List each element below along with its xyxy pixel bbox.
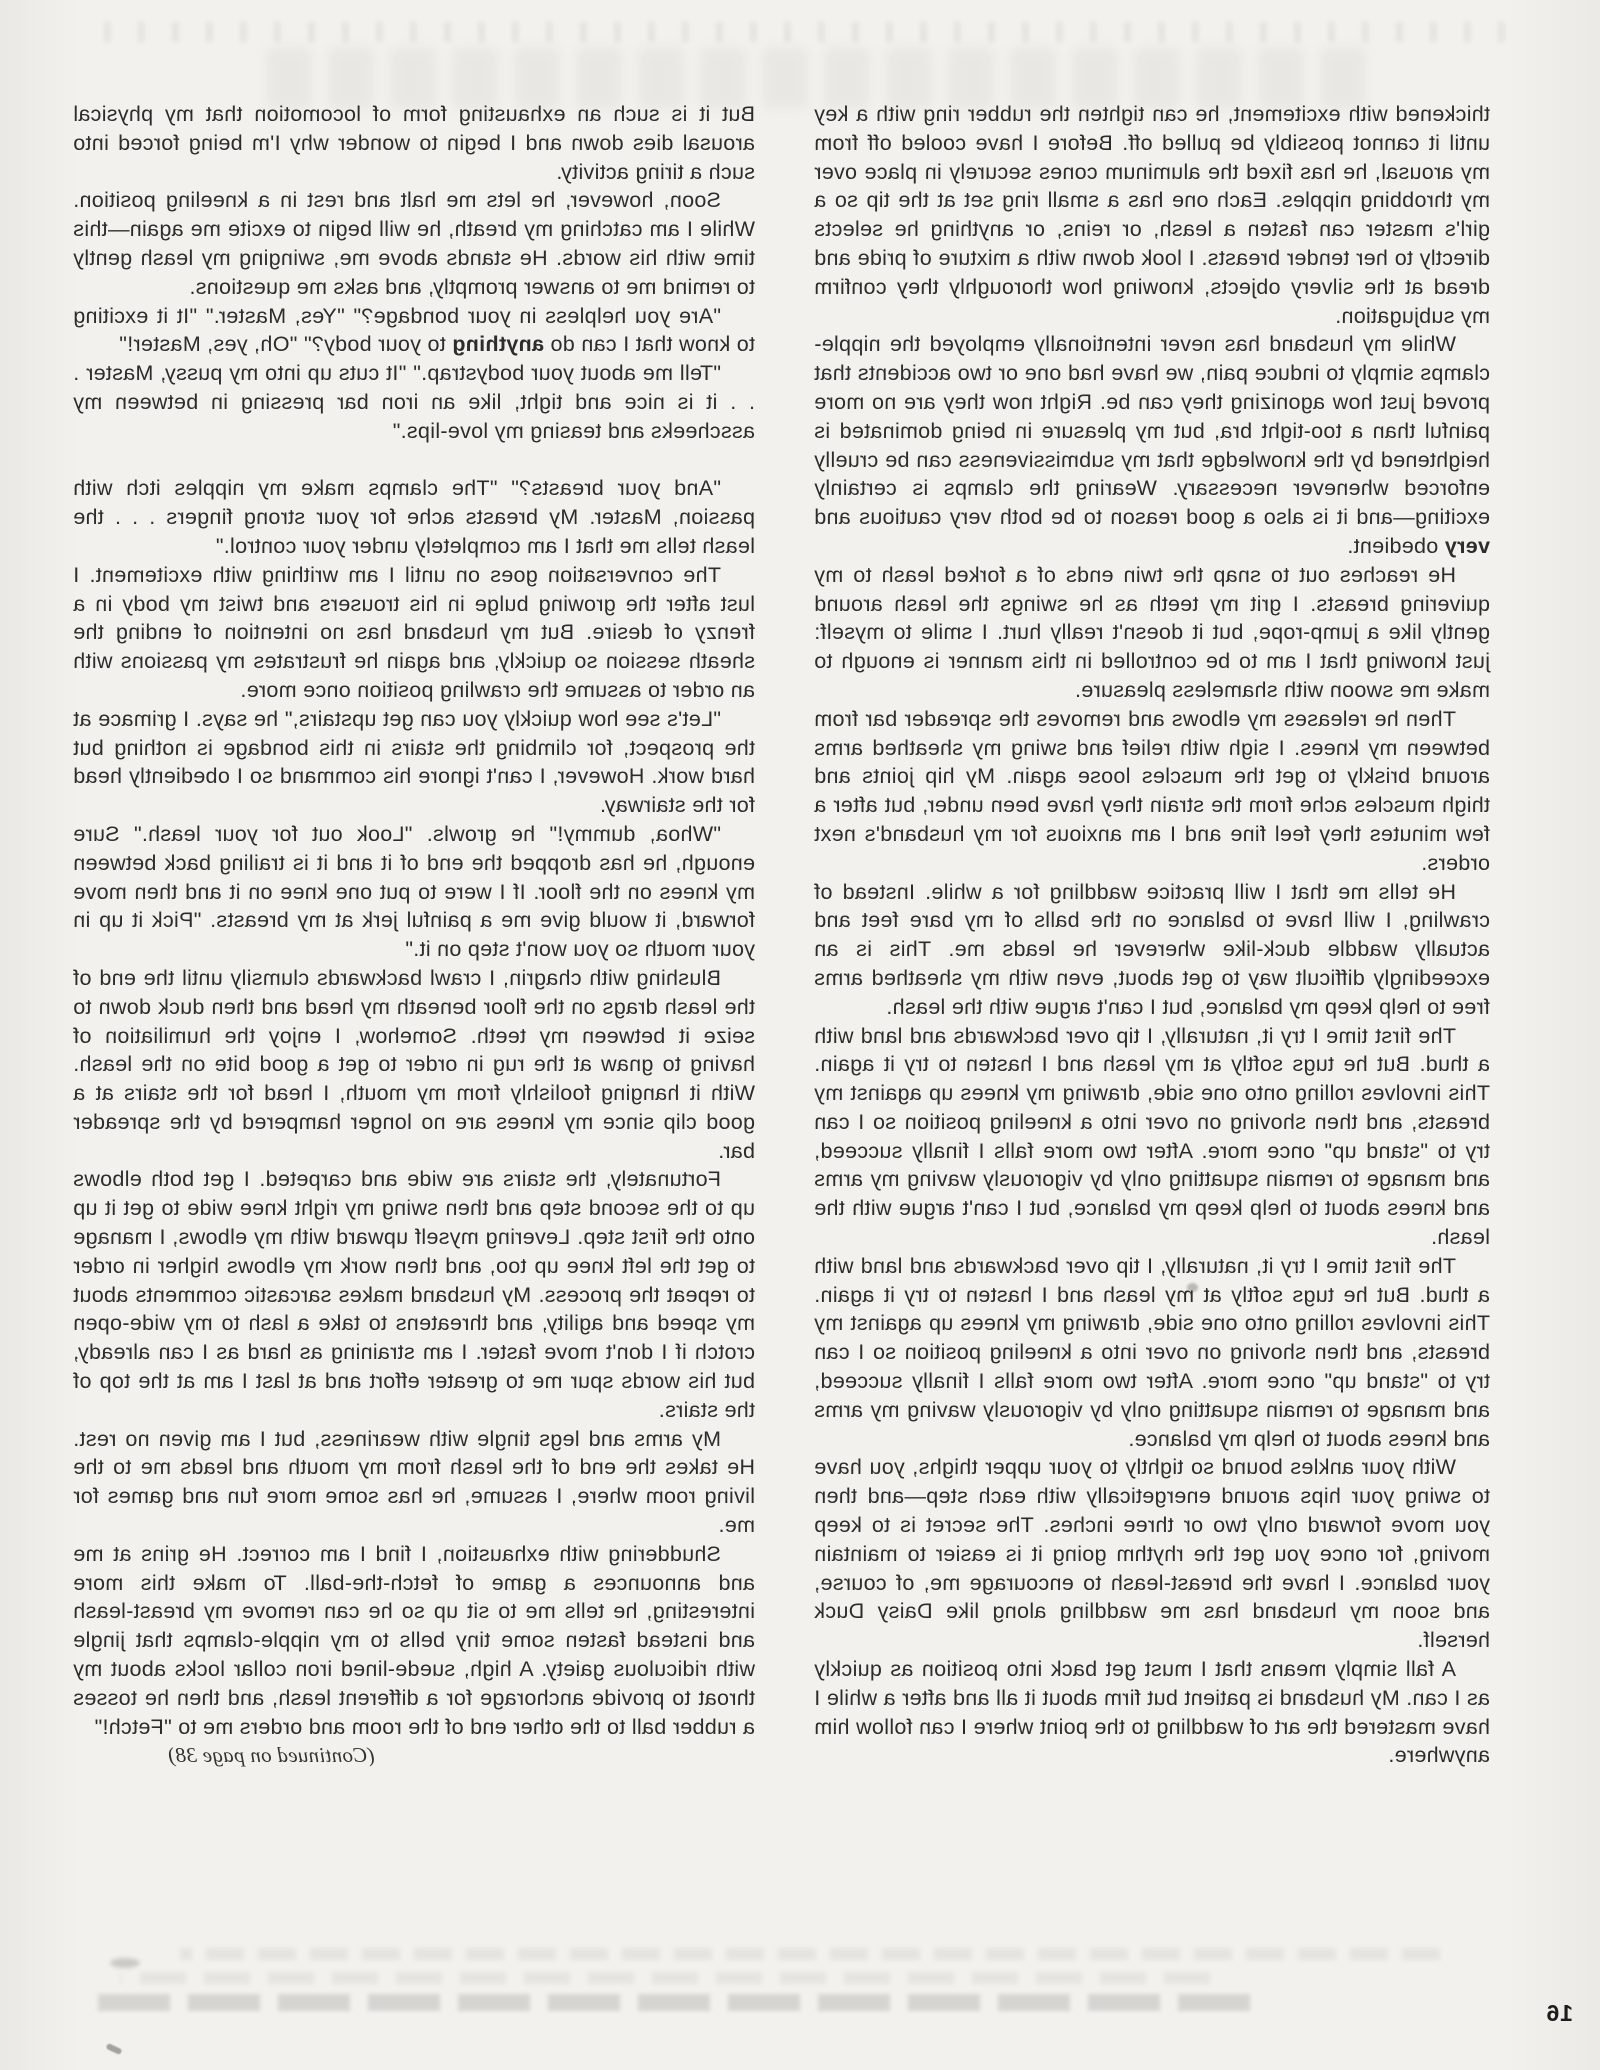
paragraph: Then he releases my elbows and removes t… — [814, 705, 1490, 878]
text-column-left: thickened with excitement, he can tighte… — [814, 100, 1490, 1770]
paragraph-text: to your body?" "Oh, yes, Master!" — [119, 332, 452, 356]
paragraph: A fall simply means that I must get back… — [814, 1655, 1490, 1770]
bold-word: very — [1445, 534, 1490, 558]
paragraph: The first time I try it, naturally, I ti… — [814, 1022, 1490, 1252]
ghost-decorative-border — [95, 22, 1505, 42]
ghost-ad-text-row-3 — [95, 1994, 1250, 2011]
ghost-ad-text-row-2 — [120, 1972, 1210, 1984]
paragraph: With your ankles bound so tightly to you… — [814, 1453, 1490, 1655]
paragraph: Fortunately, the stairs are wide and car… — [73, 1165, 755, 1424]
paragraph: Soon, however, he lets me halt and rest … — [73, 186, 755, 301]
mirrored-page-content: thickened with excitement, he can tighte… — [0, 0, 1600, 2070]
print-speck — [105, 2043, 122, 2055]
paragraph: The first time I try it, naturally, I ti… — [814, 1252, 1490, 1454]
paragraph: My arms and legs tingle with weariness, … — [73, 1425, 755, 1540]
paragraph: "Tell me about your bodystrap." "It cuts… — [73, 359, 755, 445]
paragraph: While my husband has never intentionally… — [814, 330, 1490, 560]
paragraph: "Are you helpless in your bondage?" "Yes… — [73, 302, 755, 360]
paragraph: "And your breasts?" "The clamps make my … — [73, 474, 755, 560]
bold-word: anything — [452, 332, 544, 356]
paragraph: thickened with excitement, he can tighte… — [814, 100, 1490, 330]
paragraph: The conversation goes on until I am writ… — [73, 561, 755, 705]
paragraph: He tells me that I will practice waddlin… — [814, 878, 1490, 1022]
paragraph-text: obedient. — [1347, 534, 1444, 558]
paragraph: He reaches out to snap the twin ends of … — [814, 561, 1490, 705]
paragraph: But it is such an exhausting form of loc… — [73, 100, 755, 186]
paragraph-text: While my husband has never intentionally… — [814, 332, 1490, 529]
continued-note: (Continued on page 38) — [73, 1741, 755, 1770]
paragraph: "Whoa, dummy!" he growls. "Look out for … — [73, 820, 755, 964]
scanned-magazine-page: thickened with excitement, he can tighte… — [0, 0, 1600, 2070]
ghost-headline — [250, 48, 1365, 108]
ghost-ad-text-row-1 — [180, 1948, 1440, 1960]
page-number: 16 — [1545, 2000, 1573, 2027]
paragraph: Blushing with chagrin, I crawl backwards… — [73, 964, 755, 1166]
paragraph: "Let's see how quickly you can get upsta… — [73, 705, 755, 820]
text-column-right: But it is such an exhausting form of loc… — [73, 100, 755, 1770]
paragraph: Shuddering with exhaustion, I find I am … — [73, 1540, 755, 1742]
print-smudge — [110, 1958, 140, 1968]
